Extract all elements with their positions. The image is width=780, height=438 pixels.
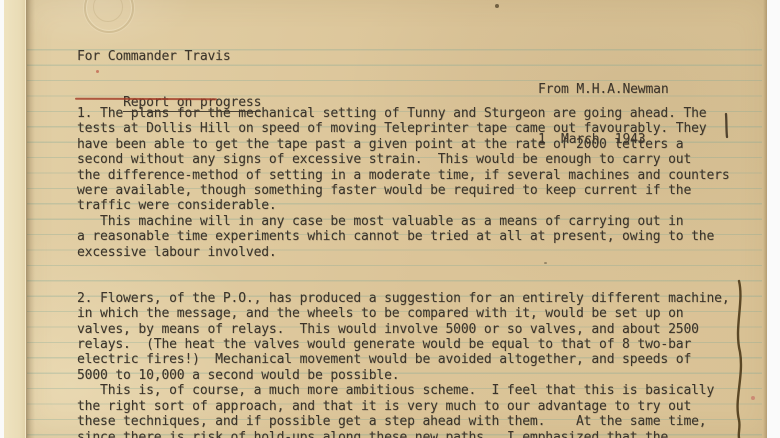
- typed-line: the right sort of approach, and that it …: [77, 399, 730, 414]
- typed-line: tests at Dollis Hill on speed of moving …: [77, 121, 730, 136]
- typed-line: This is, of course, a much more ambitiou…: [77, 383, 730, 398]
- embossed-seal: [84, 0, 134, 33]
- typed-line: 2. Flowers, of the P.O., has produced a …: [77, 291, 730, 306]
- ink-speck: [96, 70, 99, 73]
- embossed-seal-inner-ring: [93, 0, 123, 22]
- ink-speck: [751, 396, 755, 400]
- typed-line: 5000 to 10,000 a second would be possibl…: [77, 368, 730, 383]
- page-right-edge: [763, 0, 767, 438]
- typed-line: relays. (The heat the valves would gener…: [77, 337, 730, 352]
- typed-line: second without any signs of excessive st…: [77, 152, 730, 167]
- ink-speck: [495, 4, 499, 8]
- typed-line: have been able to get the tape past a gi…: [77, 137, 730, 152]
- typed-line: traffic were considerable.: [77, 198, 730, 213]
- typed-body: 1. The plans for the mechanical setting …: [77, 106, 730, 438]
- typed-line: electric fires!) Mechanical movement wou…: [77, 352, 730, 367]
- sender-name: From M.H.A.Newman: [538, 82, 669, 99]
- typed-line: since there is risk of hold-ups along th…: [77, 430, 730, 438]
- typed-line: excessive labour involved.: [77, 245, 730, 260]
- document-page: For Commander Travis From M.H.A.Newman 1…: [25, 0, 767, 438]
- typed-line: in which the message, and the wheels to …: [77, 306, 730, 321]
- typed-line: valves, by means of relays. This would i…: [77, 322, 730, 337]
- typed-line: 1. The plans for the mechanical setting …: [77, 106, 730, 121]
- typed-line-blank: [77, 260, 730, 275]
- typed-line: these techniques, and if possible get a …: [77, 414, 730, 429]
- typed-line-blank: [77, 275, 730, 290]
- typed-line: were available, though something faster …: [77, 183, 730, 198]
- recipient-line: For Commander Travis: [77, 49, 231, 64]
- scanned-memo-background: For Commander Travis From M.H.A.Newman 1…: [0, 0, 780, 438]
- typed-line: This machine will in any case be most va…: [77, 214, 730, 229]
- typed-line: the difference-method of setting in a mo…: [77, 168, 730, 183]
- typed-line: a reasonable time experiments which cann…: [77, 229, 730, 244]
- page-fold-shadow: [25, 0, 35, 438]
